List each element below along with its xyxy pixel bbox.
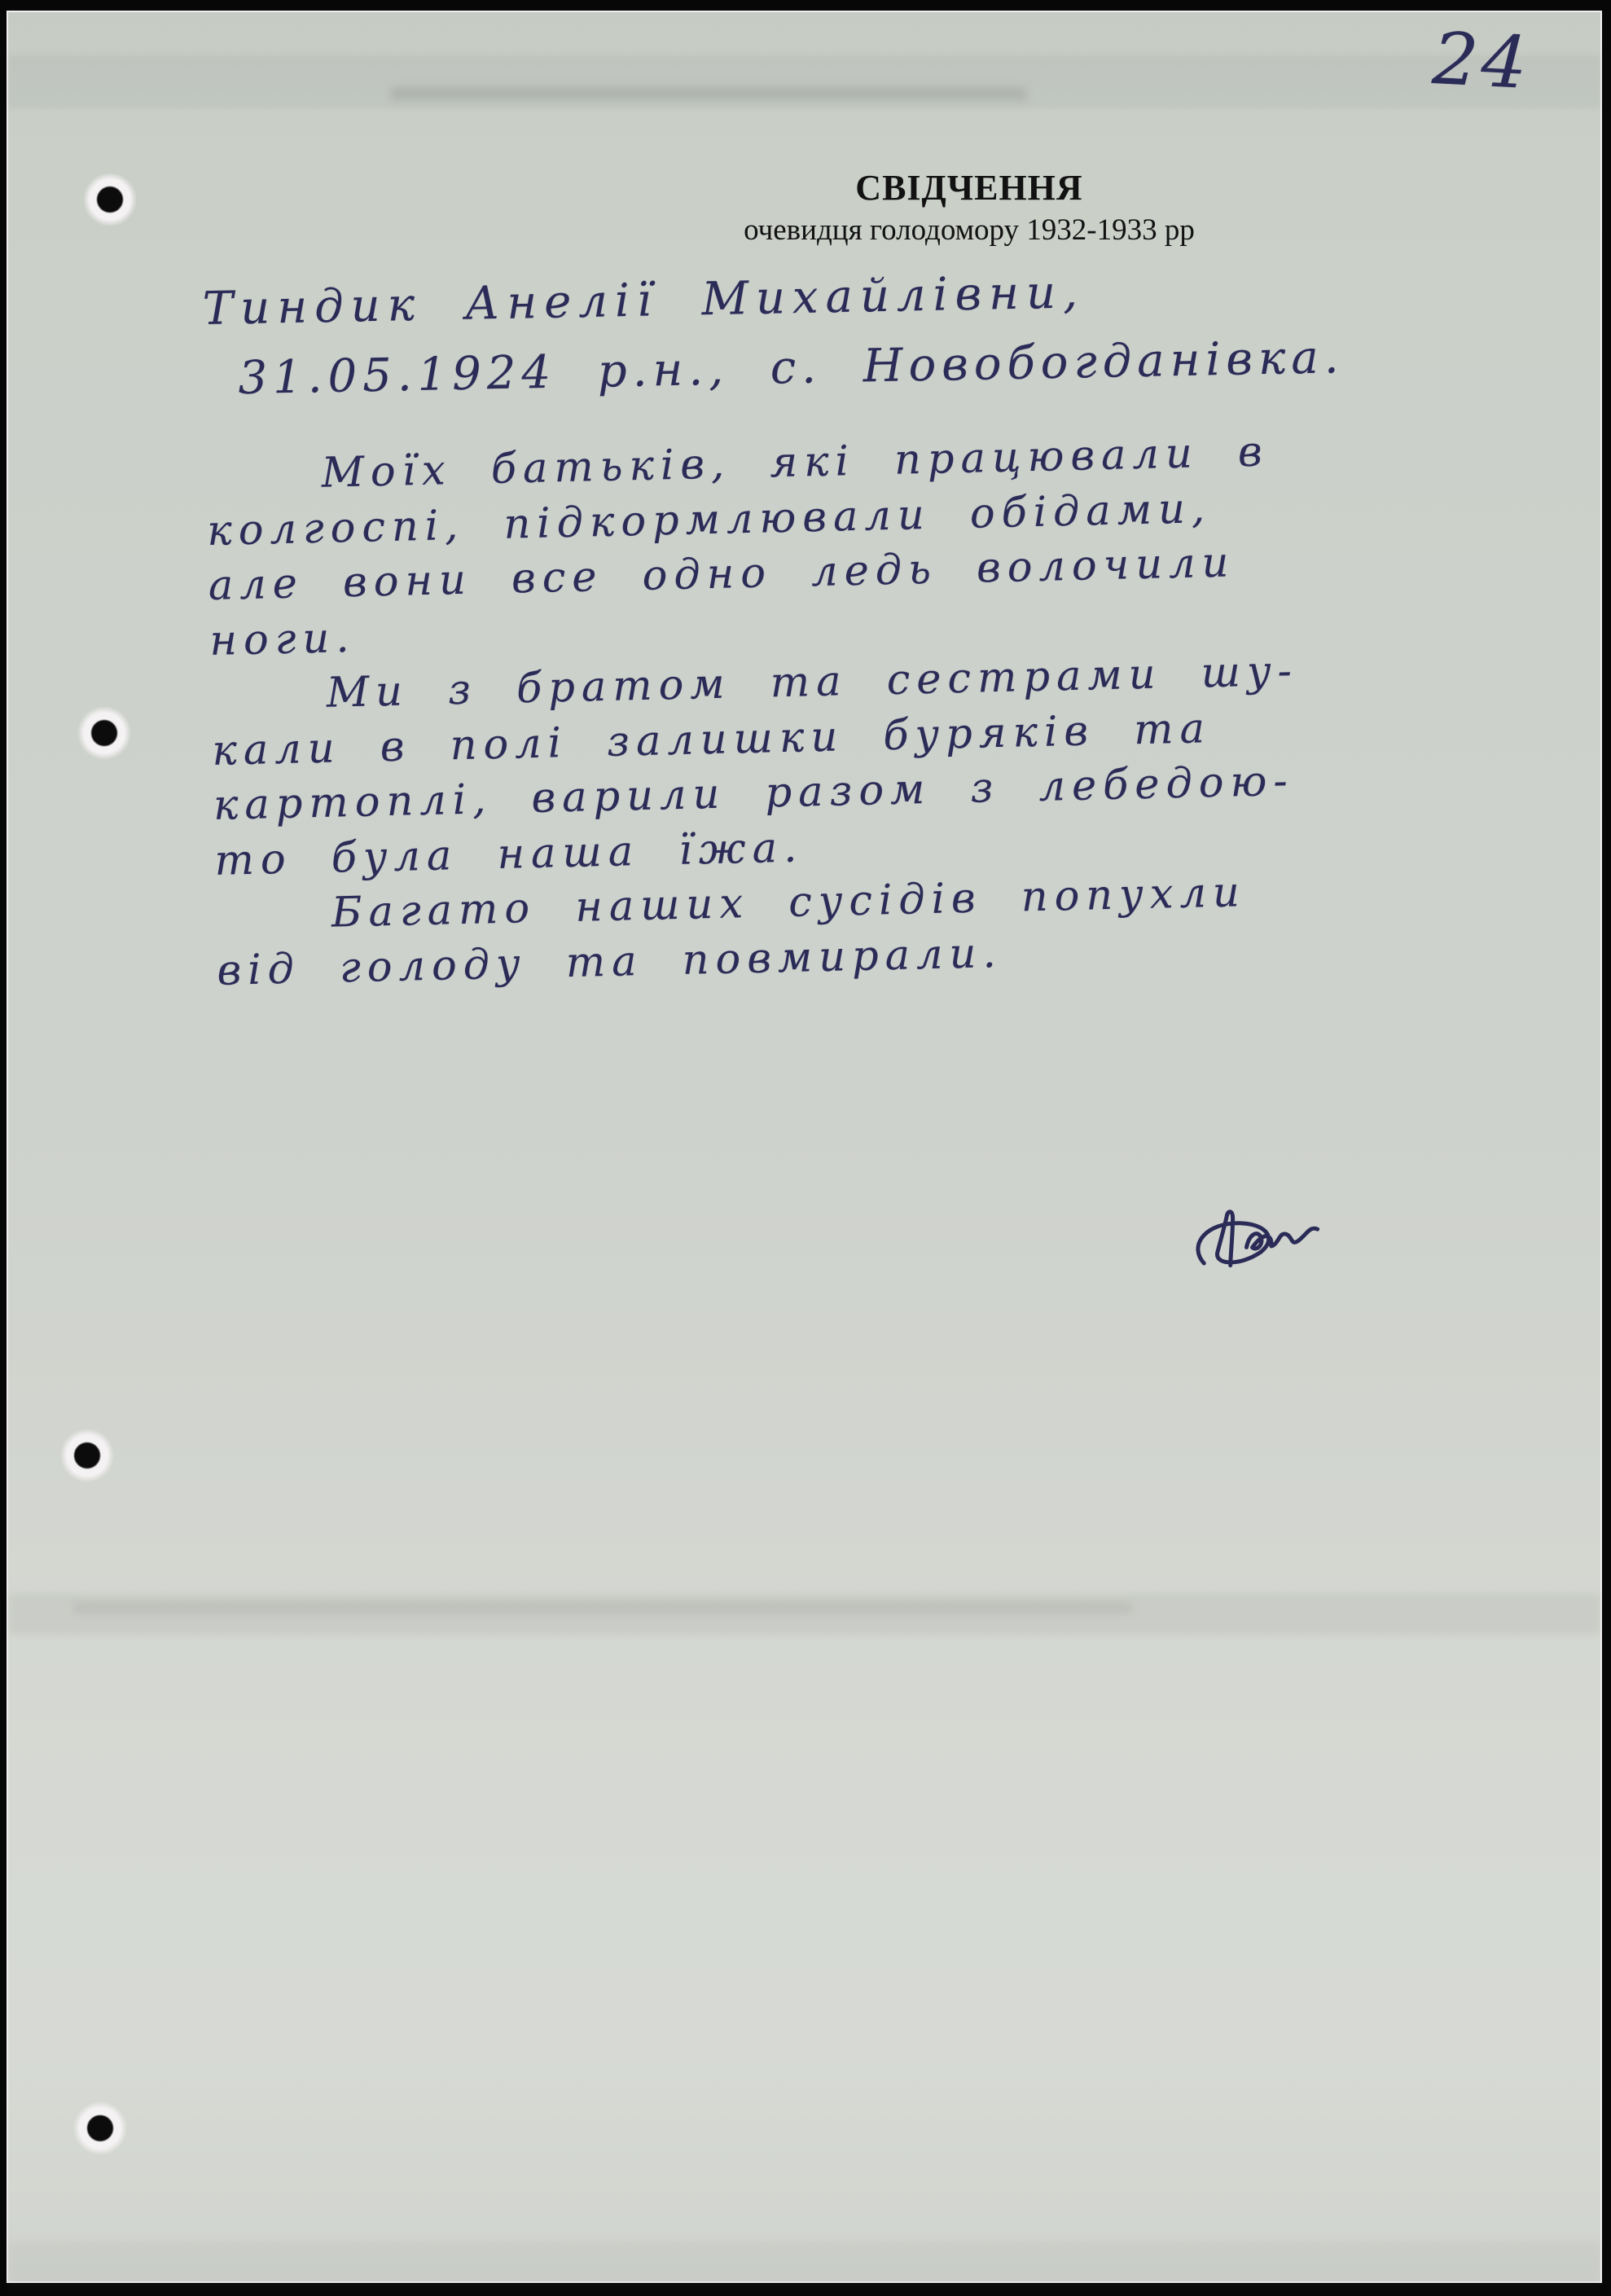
document-header: СВІДЧЕННЯ очевидця голодомору 1932-1933 …	[481, 169, 1458, 248]
signature-scribble	[1183, 1188, 1363, 1295]
scan-shade-band-top	[8, 55, 1600, 108]
scan-shade-band-middle	[8, 1594, 1600, 1635]
scan-shade-band-bottom	[8, 2242, 1600, 2289]
witness-identity-block: Тиндик Анелії Михайлівни, 31.05.1924 р.н…	[202, 252, 1345, 415]
page-number: 24	[1430, 16, 1532, 105]
document-title: СВІДЧЕННЯ	[481, 169, 1458, 208]
punch-hole	[81, 171, 138, 228]
bleed-through-smudge-lower	[73, 1602, 1132, 1613]
scanned-paper-sheet: 24 СВІДЧЕННЯ очевидця голодомору 1932-19…	[7, 11, 1602, 2283]
punch-hole	[54, 1422, 120, 1488]
punch-hole	[76, 705, 133, 762]
testimony-body: Моїх батьків, які працювали в колгоспі, …	[205, 424, 1305, 999]
punch-hole	[72, 2100, 129, 2157]
bleed-through-smudge	[391, 87, 1026, 100]
document-subtitle: очевидця голодомору 1932-1933 рр	[481, 214, 1458, 248]
